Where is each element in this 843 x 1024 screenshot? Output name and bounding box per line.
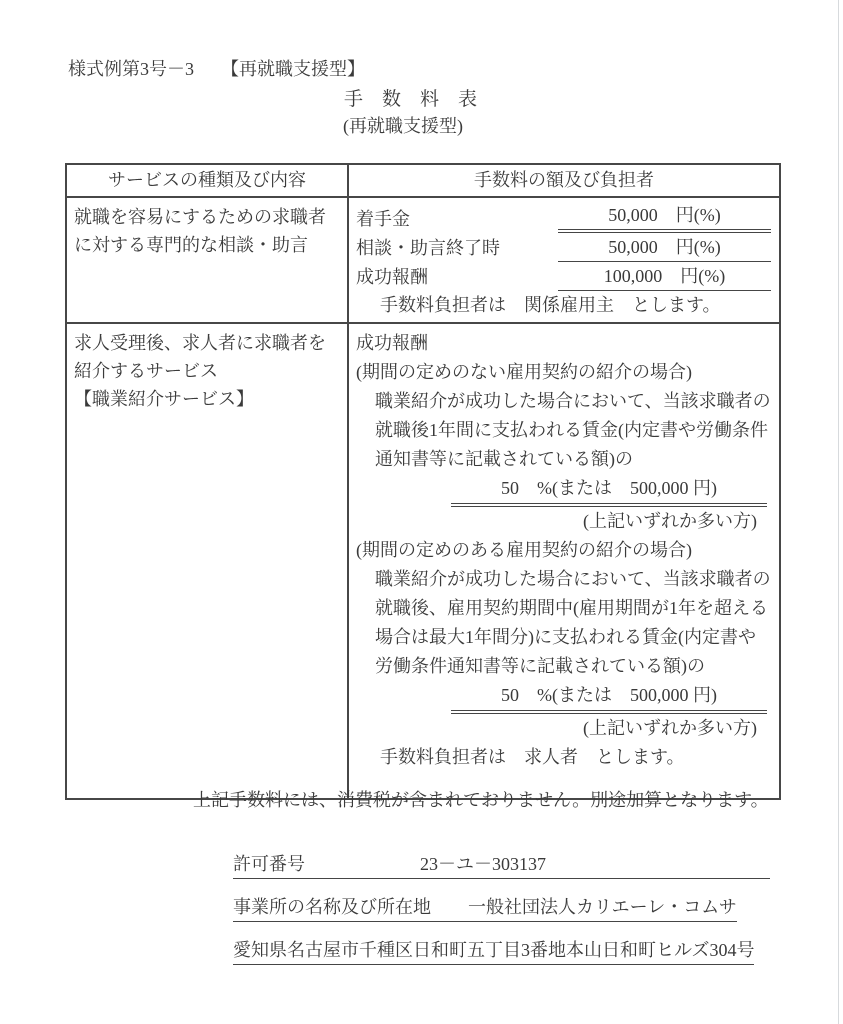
form-number-label: 様式例第3号－3 【再就職支援型】 — [68, 55, 365, 81]
fee-amount-retainer: 50,000 円(%) — [558, 201, 771, 233]
tax-exclusion-note: 上記手数料には、消費税が含まれておりません。別途加算となります。 — [193, 786, 769, 812]
fee-table: サービスの種類及び内容 手数料の額及び負担者 就職を容易にするための求職者に対す… — [65, 163, 781, 800]
fee-details-placement: 成功報酬 (期間の定めのない雇用契約の紹介の場合) 職業紹介が成功した場合におい… — [348, 323, 780, 799]
document-page: 様式例第3号－3 【再就職支援型】 手 数 料 表 (再就職支援型) サービスの… — [0, 0, 843, 1024]
fee-line-success-fee: 成功報酬 100,000 円(%) — [356, 262, 771, 291]
case1-amount-line: 50 %(または 500,000 円) — [356, 474, 771, 507]
fee-label-success-fee: 成功報酬 — [356, 263, 428, 291]
permit-number-value: 23－ユ－303137 — [420, 852, 546, 876]
case2-body-text: 職業紹介が成功した場合において、当該求職者の就職後、雇用契約期間中(雇用期間が1… — [356, 565, 771, 681]
office-name-line: 事業所の名称及び所在地一般社団法人カリエーレ・コムサ — [233, 895, 737, 922]
payer-note-employer: 手数料負担者は 関係雇用主 とします。 — [356, 291, 771, 319]
case1-whichever-greater-note: (上記いずれか多い方) — [356, 507, 771, 536]
fee-details-consulting: 着手金 50,000 円(%) 相談・助言終了時 50,000 円(%) 成功報… — [348, 197, 780, 323]
case2-heading: (期間の定めのある雇用契約の紹介の場合) — [356, 536, 771, 565]
service-placement-bracket-label: 【職業紹介サービス】 — [74, 385, 343, 413]
payer-note-job-offerer: 手数料負担者は 求人者 とします。 — [356, 743, 771, 772]
fee-label-retainer: 着手金 — [356, 205, 410, 233]
office-address-line: 愛知県名古屋市千種区日和町五丁目3番地本山日和町ヒルズ304号 — [233, 938, 754, 965]
column-header-fee-amount: 手数料の額及び負担者 — [348, 164, 780, 197]
case1-heading: (期間の定めのない雇用契約の紹介の場合) — [356, 358, 771, 387]
fee-table-header-row: サービスの種類及び内容 手数料の額及び負担者 — [66, 164, 780, 197]
permit-number-label: 許可番号 — [233, 852, 420, 876]
document-title: 手 数 料 表 — [344, 84, 477, 111]
case2-amount: 50 %(または 500,000 円) — [451, 681, 767, 714]
office-name-label: 事業所の名称及び所在地 — [233, 897, 431, 917]
service-placement-text: 求人受理後、求人者に求職者を紹介するサービス — [74, 329, 343, 385]
fee-label-consultation-end: 相談・助言終了時 — [356, 234, 500, 262]
service-description-placement: 求人受理後、求人者に求職者を紹介するサービス 【職業紹介サービス】 — [66, 323, 348, 799]
permit-number-line: 許可番号 23－ユ－303137 — [233, 852, 770, 879]
service-description-consulting: 就職を容易にするための求職者に対する専門的な相談・助言 — [66, 197, 348, 323]
case1-body-text: 職業紹介が成功した場合において、当該求職者の就職後1年間に支払われる賃金(内定書… — [356, 387, 771, 474]
table-row-placement-service: 求人受理後、求人者に求職者を紹介するサービス 【職業紹介サービス】 成功報酬 (… — [66, 323, 780, 799]
fee-line-retainer: 着手金 50,000 円(%) — [356, 201, 771, 233]
column-header-service-type: サービスの種類及び内容 — [66, 164, 348, 197]
fee-line-consultation-end: 相談・助言終了時 50,000 円(%) — [356, 233, 771, 262]
table-row-consulting-service: 就職を容易にするための求職者に対する専門的な相談・助言 着手金 50,000 円… — [66, 197, 780, 323]
fee-amount-consultation-end: 50,000 円(%) — [558, 233, 771, 262]
case2-amount-line: 50 %(または 500,000 円) — [356, 681, 771, 714]
fee-amount-success-fee: 100,000 円(%) — [558, 262, 771, 291]
document-subtitle: (再就職支援型) — [343, 112, 463, 138]
fee-heading-success-fee: 成功報酬 — [356, 329, 771, 358]
case1-amount: 50 %(または 500,000 円) — [451, 474, 767, 507]
license-info-block: 許可番号 23－ユ－303137 事業所の名称及び所在地一般社団法人カリエーレ・… — [233, 852, 770, 981]
office-name-value: 一般社団法人カリエーレ・コムサ — [468, 897, 737, 917]
case2-whichever-greater-note: (上記いずれか多い方) — [356, 714, 771, 743]
page-right-edge-line — [838, 0, 839, 1024]
